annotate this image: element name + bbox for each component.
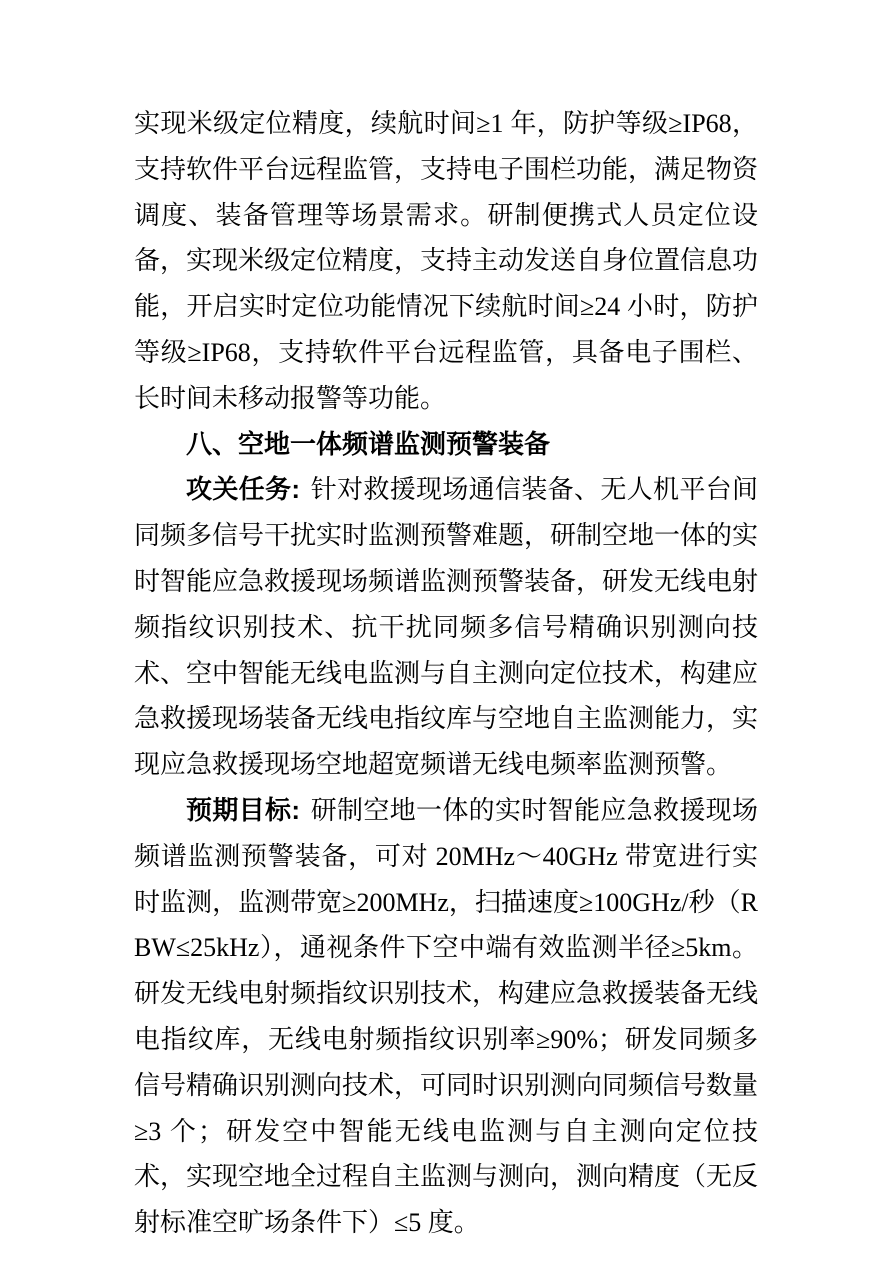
paragraph-goal: 预期目标:研制空地一体的实时智能应急救援现场频谱监测预警装备，可对 20MHz～… — [134, 788, 758, 1246]
paragraph-task: 攻关任务:针对救援现场通信装备、无人机平台间同频多信号干扰实时监测预警难题，研制… — [134, 467, 758, 788]
goal-text: 研制空地一体的实时智能应急救援现场频谱监测预警装备，可对 20MHz～40GHz… — [134, 796, 758, 1237]
document-page: 实现米级定位精度，续航时间≥1 年，防护等级≥IP68，支持软件平台远程监管，支… — [0, 0, 892, 1262]
task-text: 针对救援现场通信装备、无人机平台间同频多信号干扰实时监测预警难题，研制空地一体的… — [134, 475, 758, 779]
task-label: 攻关任务: — [186, 474, 310, 504]
paragraph-continuation: 实现米级定位精度，续航时间≥1 年，防护等级≥IP68，支持软件平台远程监管，支… — [134, 101, 758, 422]
goal-label: 预期目标: — [186, 795, 310, 825]
section-heading: 八、空地一体频谱监测预警装备 — [134, 422, 758, 468]
